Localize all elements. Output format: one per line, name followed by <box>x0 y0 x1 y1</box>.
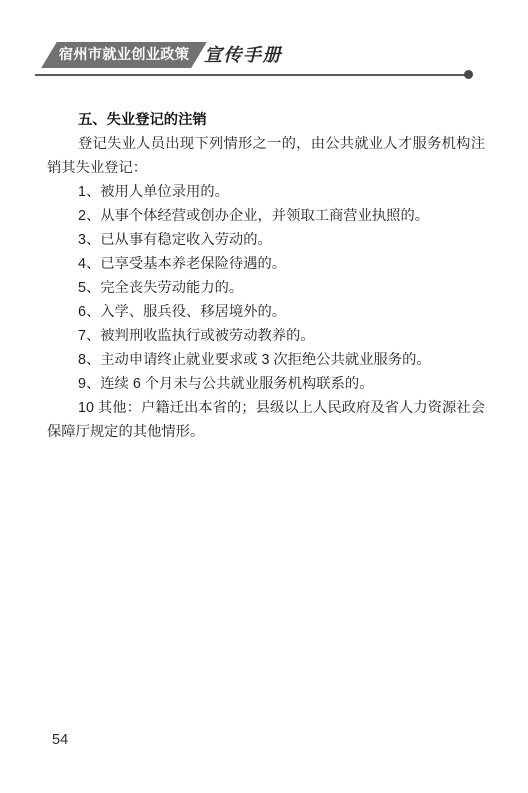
document-page: 宿州市就业创业政策 宣传手册 五、失业登记的注销 登记失业人员出现下列情形之一的… <box>0 0 528 793</box>
list-item: 9、连续 6 个月未与公共就业服务机构联系的。 <box>47 372 485 396</box>
list-item: 2、从事个体经营或创办企业，并领取工商营业执照的。 <box>47 204 485 228</box>
section-intro: 登记失业人员出现下列情形之一的，由公共就业人才服务机构注销其失业登记： <box>47 132 485 180</box>
list-item: 7、被判刑收监执行或被劳动教养的。 <box>47 324 485 348</box>
header-rule <box>35 74 469 77</box>
page-header: 宿州市就业创业政策 宣传手册 <box>0 0 528 90</box>
section-content: 五、失业登记的注销 登记失业人员出现下列情形之一的，由公共就业人才服务机构注销其… <box>47 108 485 444</box>
header-badge: 宿州市就业创业政策 <box>41 42 207 68</box>
header-rule-dot <box>464 70 473 79</box>
list-item: 1、被用人单位录用的。 <box>47 180 485 204</box>
list-item: 8、主动申请终止就业要求或 3 次拒绝公共就业服务的。 <box>47 348 485 372</box>
header-badge-label: 宿州市就业创业政策 <box>49 42 199 68</box>
page-number: 54 <box>52 730 68 750</box>
list-item: 5、完全丧失劳动能力的。 <box>47 276 485 300</box>
list-item: 4、已享受基本养老保险待遇的。 <box>47 252 485 276</box>
list-item: 6、入学、服兵役、移居境外的。 <box>47 300 485 324</box>
header-subtitle: 宣传手册 <box>204 43 282 68</box>
section-heading: 五、失业登记的注销 <box>47 108 485 132</box>
list-item: 10 其他：户籍迁出本省的；县级以上人民政府及省人力资源社会保障厅规定的其他情形… <box>47 396 485 444</box>
list-item: 3、已从事有稳定收入劳动的。 <box>47 228 485 252</box>
